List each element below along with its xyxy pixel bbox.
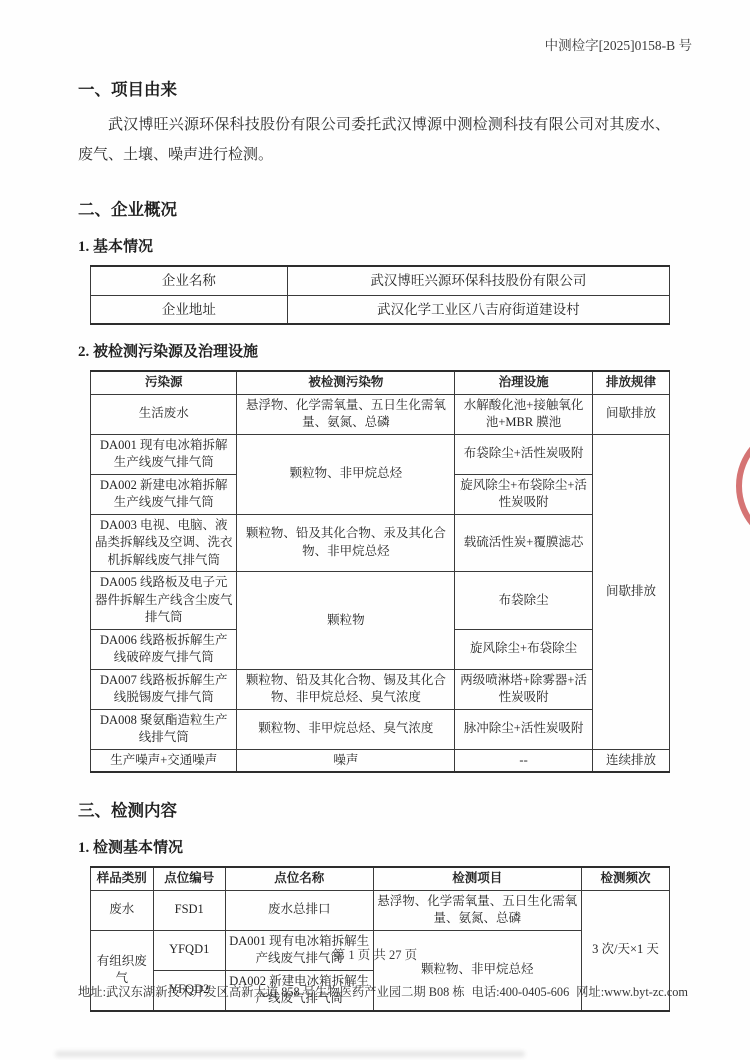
table-row: 企业名称武汉博旺兴源环保科技股份有限公司 xyxy=(91,266,670,295)
table-cell: 生活废水 xyxy=(91,394,237,434)
table-cell: 颗粒物 xyxy=(237,572,455,670)
project-origin-paragraph: 武汉博旺兴源环保科技股份有限公司委托武汉博源中测检测科技有限公司对其废水、废气、… xyxy=(78,110,670,170)
table-cell: 两级喷淋塔+除雾器+活性炭吸附 xyxy=(455,669,593,709)
table-cell: 间歇排放 xyxy=(592,434,669,749)
table-cell: 布袋除尘 xyxy=(455,572,593,630)
table-cell: 颗粒物、铅及其化合物、汞及其化合物、非甲烷总烃 xyxy=(237,514,455,572)
table-cell: 颗粒物、非甲烷总烃 xyxy=(237,434,455,514)
page-number: 第 1 页 共 27 页 xyxy=(0,945,750,963)
section-title-testing-content: 三、检测内容 xyxy=(78,797,670,821)
column-header: 污染源 xyxy=(91,371,237,394)
section-title-company-overview: 二、企业概况 xyxy=(78,196,670,220)
table-cell: FSD1 xyxy=(153,890,225,930)
table-cell: 悬浮物、化学需氧量、五日生化需氧量、氨氮、总磷 xyxy=(237,394,455,434)
table-cell: 连续排放 xyxy=(592,749,669,772)
table-cell: 颗粒物、非甲烷总烃、臭气浓度 xyxy=(237,709,455,749)
table-cell: 水解酸化池+接触氧化池+MBR 膜池 xyxy=(455,394,593,434)
table-header-row: 样品类别点位编号点位名称检测项目检测频次 xyxy=(91,867,670,890)
table-row: 生产噪声+交通噪声噪声--连续排放 xyxy=(91,749,670,772)
table-cell: DA001 现有电冰箱拆解生产线废气排气筒 xyxy=(91,434,237,474)
table-cell: 旋风除尘+布袋除尘 xyxy=(455,629,593,669)
table-cell: DA002 新建电冰箱拆解生产线废气排气筒 xyxy=(91,474,237,514)
table-cell: 布袋除尘+活性炭吸附 xyxy=(455,434,593,474)
table-row: 生活废水悬浮物、化学需氧量、五日生化需氧量、氨氮、总磷水解酸化池+接触氧化池+M… xyxy=(91,394,670,434)
table-cell: DA006 线路板拆解生产线破碎废气排气筒 xyxy=(91,629,237,669)
table-cell: 废水总排口 xyxy=(225,890,373,930)
table-row: 企业地址武汉化学工业区八吉府街道建设村 xyxy=(91,295,670,324)
column-header: 点位名称 xyxy=(225,867,373,890)
table-row: DA005 线路板及电子元器件拆解生产线含尘废气排气筒颗粒物布袋除尘 xyxy=(91,572,670,630)
footer-phone: 电话:400-0405-606 xyxy=(472,982,570,1000)
subsection-title-testing-basic-info: 1. 检测基本情况 xyxy=(78,836,670,857)
table-cell: 武汉化学工业区八吉府街道建设村 xyxy=(287,295,669,324)
table-row: DA008 聚氨酯造粒生产线排气筒颗粒物、非甲烷总烃、臭气浓度脉冲除尘+活性炭吸… xyxy=(91,709,670,749)
table-cell: 生产噪声+交通噪声 xyxy=(91,749,237,772)
table-cell: 旋风除尘+布袋除尘+活性炭吸附 xyxy=(455,474,593,514)
table-header-row: 污染源被检测污染物治理设施排放规律 xyxy=(91,371,670,394)
table-cell: 企业地址 xyxy=(91,295,288,324)
footer-website: 网址:www.byt-zc.com xyxy=(576,982,688,1000)
footer-contact-line: 地址:武汉东湖新技术开发区高新大道 858 号生物医药产业园二期 B08 栋 电… xyxy=(78,982,688,1000)
table-cell: DA005 线路板及电子元器件拆解生产线含尘废气排气筒 xyxy=(91,572,237,630)
table-cell: 载硫活性炭+覆膜滤芯 xyxy=(455,514,593,572)
table-cell: DA007 线路板拆解生产线脱锡废气排气筒 xyxy=(91,669,237,709)
column-header: 样品类别 xyxy=(91,867,154,890)
table-cell: 颗粒物、铅及其化合物、锡及其化合物、非甲烷总烃、臭气浓度 xyxy=(237,669,455,709)
table-row: DA007 线路板拆解生产线脱锡废气排气筒颗粒物、铅及其化合物、锡及其化合物、非… xyxy=(91,669,670,709)
table-cell: 间歇排放 xyxy=(592,394,669,434)
column-header: 检测频次 xyxy=(581,867,669,890)
table-cell: DA008 聚氨酯造粒生产线排气筒 xyxy=(91,709,237,749)
table-cell: 噪声 xyxy=(237,749,455,772)
basic-info-table: 企业名称武汉博旺兴源环保科技股份有限公司企业地址武汉化学工业区八吉府街道建设村 xyxy=(90,265,670,325)
document-content: 一、项目由来 武汉博旺兴源环保科技股份有限公司委托武汉博源中测检测科技有限公司对… xyxy=(0,76,750,1012)
table-row: DA003 电视、电脑、液晶类拆解线及空调、洗衣机拆解线废气排气筒颗粒物、铅及其… xyxy=(91,514,670,572)
table-row: 废水FSD1废水总排口悬浮物、化学需氧量、五日生化需氧量、氨氮、总磷3 次/天×… xyxy=(91,890,670,930)
table-cell: 脉冲除尘+活性炭吸附 xyxy=(455,709,593,749)
table-cell: 企业名称 xyxy=(91,266,288,295)
table-cell: 悬浮物、化学需氧量、五日生化需氧量、氨氮、总磷 xyxy=(373,890,581,930)
column-header: 检测项目 xyxy=(373,867,581,890)
table-row: DA001 现有电冰箱拆解生产线废气排气筒颗粒物、非甲烷总烃布袋除尘+活性炭吸附… xyxy=(91,434,670,474)
column-header: 被检测污染物 xyxy=(237,371,455,394)
column-header: 治理设施 xyxy=(455,371,593,394)
table-cell: 武汉博旺兴源环保科技股份有限公司 xyxy=(287,266,669,295)
column-header: 点位编号 xyxy=(153,867,225,890)
document-page: 中测检字[2025]0158-B 号 一、项目由来 武汉博旺兴源环保科技股份有限… xyxy=(0,0,750,1060)
document-number: 中测检字[2025]0158-B 号 xyxy=(0,0,750,54)
table-cell: -- xyxy=(455,749,593,772)
footer-address: 地址:武汉东湖新技术开发区高新大道 858 号生物医药产业园二期 B08 栋 xyxy=(78,982,465,1000)
scan-artifact xyxy=(55,1051,525,1057)
column-header: 排放规律 xyxy=(592,371,669,394)
subsection-title-basic-info: 1. 基本情况 xyxy=(78,235,670,256)
table-cell: 废水 xyxy=(91,890,154,930)
table-cell: DA003 电视、电脑、液晶类拆解线及空调、洗衣机拆解线废气排气筒 xyxy=(91,514,237,572)
pollution-sources-table: 污染源被检测污染物治理设施排放规律生活废水悬浮物、化学需氧量、五日生化需氧量、氨… xyxy=(90,370,670,773)
section-title-project-origin: 一、项目由来 xyxy=(78,76,670,100)
subsection-title-pollution-sources: 2. 被检测污染源及治理设施 xyxy=(78,340,670,361)
